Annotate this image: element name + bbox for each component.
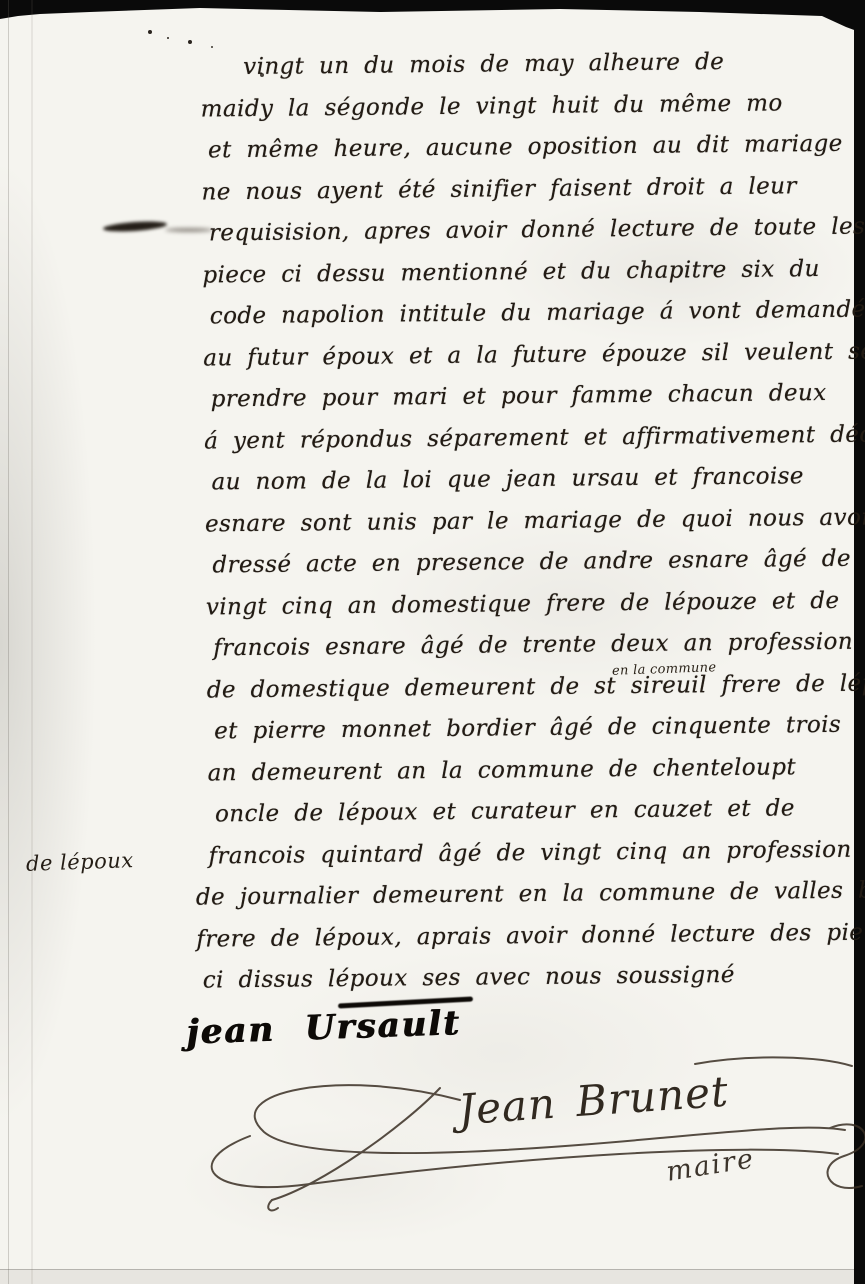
- page-bottom-edge: [0, 1269, 854, 1284]
- ink-specks: [148, 30, 152, 34]
- manuscript-line-18: an demeurent an la commune de chenteloup…: [207, 746, 865, 795]
- manuscript-line-20: francois quintard âgé de vingt cinq an p…: [208, 829, 865, 878]
- signature-groom: jean Ursault: [185, 1003, 461, 1053]
- binding-crease: [8, 0, 9, 1284]
- manuscript-line-1: vingt un du mois de may alheure de: [243, 40, 865, 88]
- manuscript-line-4: ne nous ayent été sinifier faisent droit…: [201, 165, 865, 214]
- scanned-register-page: vingt un du mois de may alheure de maidy…: [0, 0, 865, 1284]
- manuscript-line-13: dressé acte en presence de andre esnare …: [212, 538, 865, 586]
- manuscript-body: vingt un du mois de may alheure de maidy…: [185, 40, 865, 1002]
- manuscript-line-21: de journalier demeurent en la commune de…: [196, 870, 865, 919]
- manuscript-line-10: á yent répondus séparement et affirmativ…: [204, 414, 865, 463]
- manuscript-line-5: requisision, apres avoir donné lecture d…: [209, 206, 865, 254]
- manuscript-line-9: prendre pour mari et pour famme chacun d…: [210, 372, 865, 420]
- manuscript-line-14: vingt cinq an domestique frere de lépouz…: [206, 580, 865, 629]
- manuscript-line-2: maidy la ségonde le vingt huit du même m…: [200, 82, 865, 131]
- margin-note: de lépoux: [26, 848, 134, 876]
- manuscript-line-23: ci dissus lépoux ses avec nous soussigné: [203, 953, 865, 1002]
- manuscript-line-8: au futur époux et a la future épouze sil…: [203, 331, 865, 380]
- manuscript-line-11: au nom de la loi que jean ursau et franc…: [211, 455, 865, 503]
- manuscript-line-22: frere de lépoux, aprais avoir donné lect…: [196, 912, 865, 961]
- scan-edge-top: [0, 0, 865, 34]
- manuscript-line-6: piece ci dessu mentionné et du chapitre …: [202, 248, 865, 297]
- manuscript-line-7: code napolion intitule du mariage á vont…: [210, 289, 865, 337]
- binding-crease-light: [31, 0, 33, 1284]
- manuscript-line-3: et même heure, aucune oposition au dit m…: [208, 123, 865, 171]
- manuscript-line-15: francois esnare âgé de trente deux an pr…: [213, 621, 865, 669]
- ink-smudge: [103, 220, 167, 233]
- manuscript-line-19: oncle de lépoux et curateur en cauzet et…: [215, 787, 865, 835]
- manuscript-line-17: et pierre monnet bordier âgé de cinquent…: [214, 704, 865, 752]
- manuscript-line-12: esnare sont unis par le mariage de quoi …: [205, 497, 865, 546]
- manuscript-line-16: de domestique demeurent de st sireuil fr…: [207, 663, 865, 712]
